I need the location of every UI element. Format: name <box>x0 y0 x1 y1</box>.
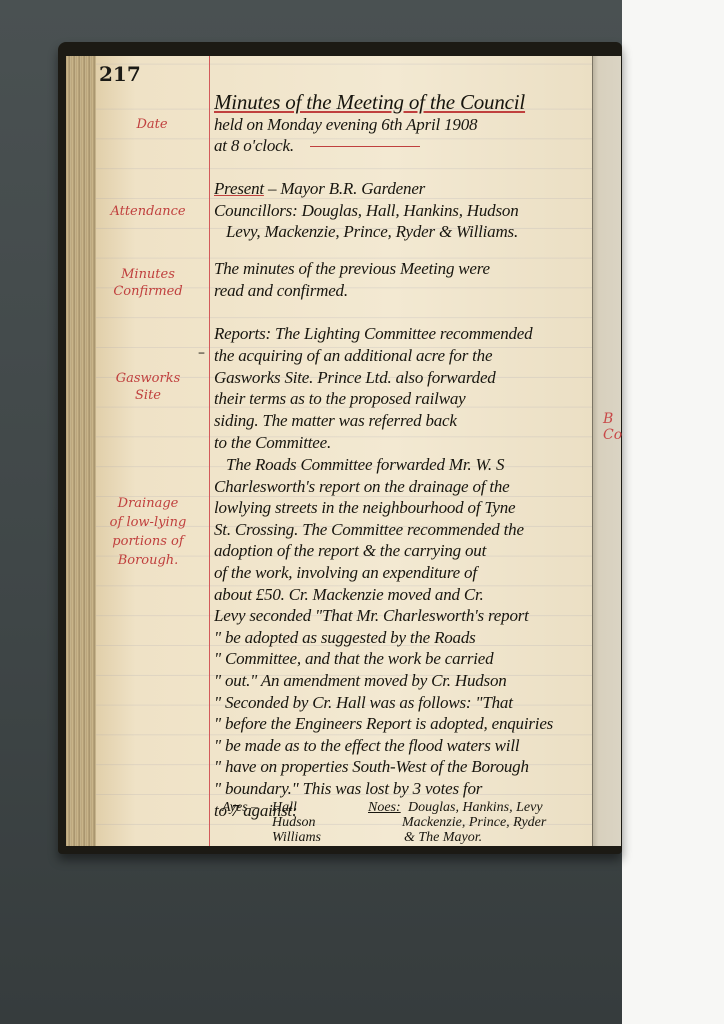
councillors-line-1: Councillors: Douglas, Hall, Hankins, Hud… <box>214 200 592 222</box>
margin-note-date: Date <box>102 116 202 133</box>
heading-line-3: at 8 o'clock. <box>214 135 592 157</box>
scan-background-strip <box>622 0 724 1024</box>
roads-committee-section: The Roads Committee forwarded Mr. W. S C… <box>214 454 592 821</box>
ayes-list: Hall Hudson Williams <box>272 800 321 845</box>
page-number: 217 <box>99 62 141 86</box>
reports-section: Reports: The Lighting Committee recommen… <box>214 323 592 454</box>
red-underline <box>310 146 420 147</box>
page-edges <box>66 56 98 846</box>
noes-list: Douglas, Hankins, Levy Mackenzie, Prince… <box>408 800 546 845</box>
heading-line-1: Minutes of the Meeting of the Council <box>214 92 592 114</box>
dash-mark: – <box>198 345 205 361</box>
red-margin-rule <box>209 56 210 846</box>
councillors-line-2: Levy, Mackenzie, Prince, Ryder & William… <box>214 221 592 243</box>
present-line: Present – Mayor B.R. Gardener <box>214 178 592 200</box>
noes-label: Noes: <box>368 800 401 815</box>
attendance-section: Present – Mayor B.R. Gardener Councillor… <box>214 178 592 243</box>
margin-note-drainage: Drainage of low-lying portions of Boroug… <box>98 494 198 570</box>
next-page-fragment: B Co <box>603 411 622 443</box>
minutes-confirmed-section: The minutes of the previous Meeting were… <box>214 258 592 301</box>
margin-note-minutes-confirmed: Minutes Confirmed <box>98 266 198 300</box>
ayes-label: Ayes – <box>222 800 258 815</box>
next-page-edge: B Co <box>592 56 621 846</box>
margin-note-attendance: Attendance <box>98 203 198 220</box>
margin-note-gasworks-site: Gasworks Site <box>98 370 198 404</box>
meeting-heading: Minutes of the Meeting of the Council he… <box>214 92 592 157</box>
heading-line-2: held on Monday evening 6th April 1908 <box>214 114 592 136</box>
